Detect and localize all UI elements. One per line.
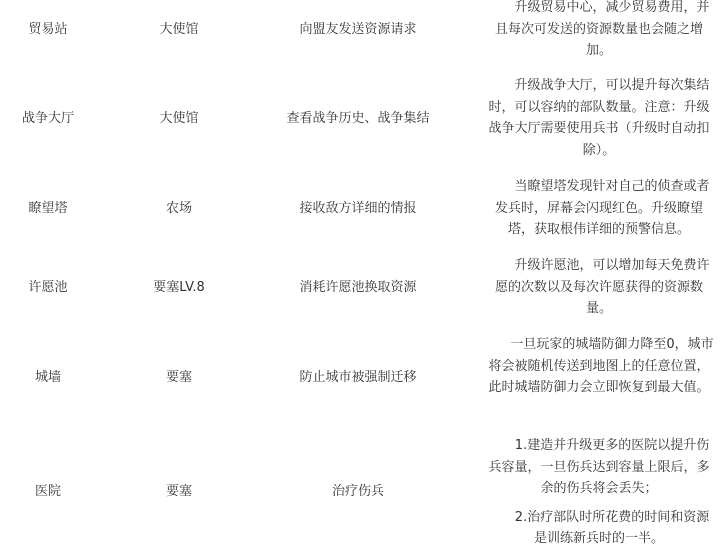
building-description: 1.建造并升级更多的医院以提升伤兵容量，一旦伤兵达到容量上限后，多余的伤兵将会丢…	[484, 435, 714, 550]
building-name: 瞭望塔	[0, 201, 96, 217]
building-description: 一旦玩家的城墙防御力降至0，城市将会被随机传送到地图上的任意位置，此时城墙防御力…	[484, 334, 714, 399]
building-description: 升级许愿池，可以增加每天免费许愿的次数以及每次许愿获得的资源数量。	[484, 255, 714, 320]
building-requirement: 大使馆	[96, 22, 262, 38]
building-name: 许愿池	[0, 280, 96, 296]
building-requirement: 大使馆	[96, 111, 262, 127]
building-name: 贸易站	[0, 22, 96, 38]
building-function: 治疗伤兵	[262, 484, 454, 500]
building-function: 消耗许愿池换取资源	[262, 280, 454, 296]
building-name: 医院	[0, 484, 96, 500]
building-description: 当瞭望塔发现针对自己的侦查或者发兵时，屏幕会闪现红色。升级瞭望塔，获取根伟详细的…	[484, 176, 714, 241]
building-description: 升级战争大厅，可以提升每次集结时，可以容纳的部队数量。注意：升级战争大厅需要使用…	[484, 75, 714, 161]
building-function: 查看战争历史、战争集结	[262, 111, 454, 127]
building-description: 升级贸易中心，减少贸易费用，并且每次可发送的资源数量也会随之增加。	[484, 0, 714, 62]
building-function: 防止城市被强制迁移	[262, 370, 454, 386]
building-requirement: 要塞LV.8	[96, 280, 262, 296]
building-function: 向盟友发送资源请求	[262, 22, 454, 38]
building-name: 战争大厅	[0, 111, 96, 127]
building-function: 接收敌方详细的情报	[262, 201, 454, 217]
building-requirement: 要塞	[96, 370, 262, 386]
building-requirement: 要塞	[96, 484, 262, 500]
building-name: 城墙	[0, 370, 96, 386]
building-requirement: 农场	[96, 201, 262, 217]
